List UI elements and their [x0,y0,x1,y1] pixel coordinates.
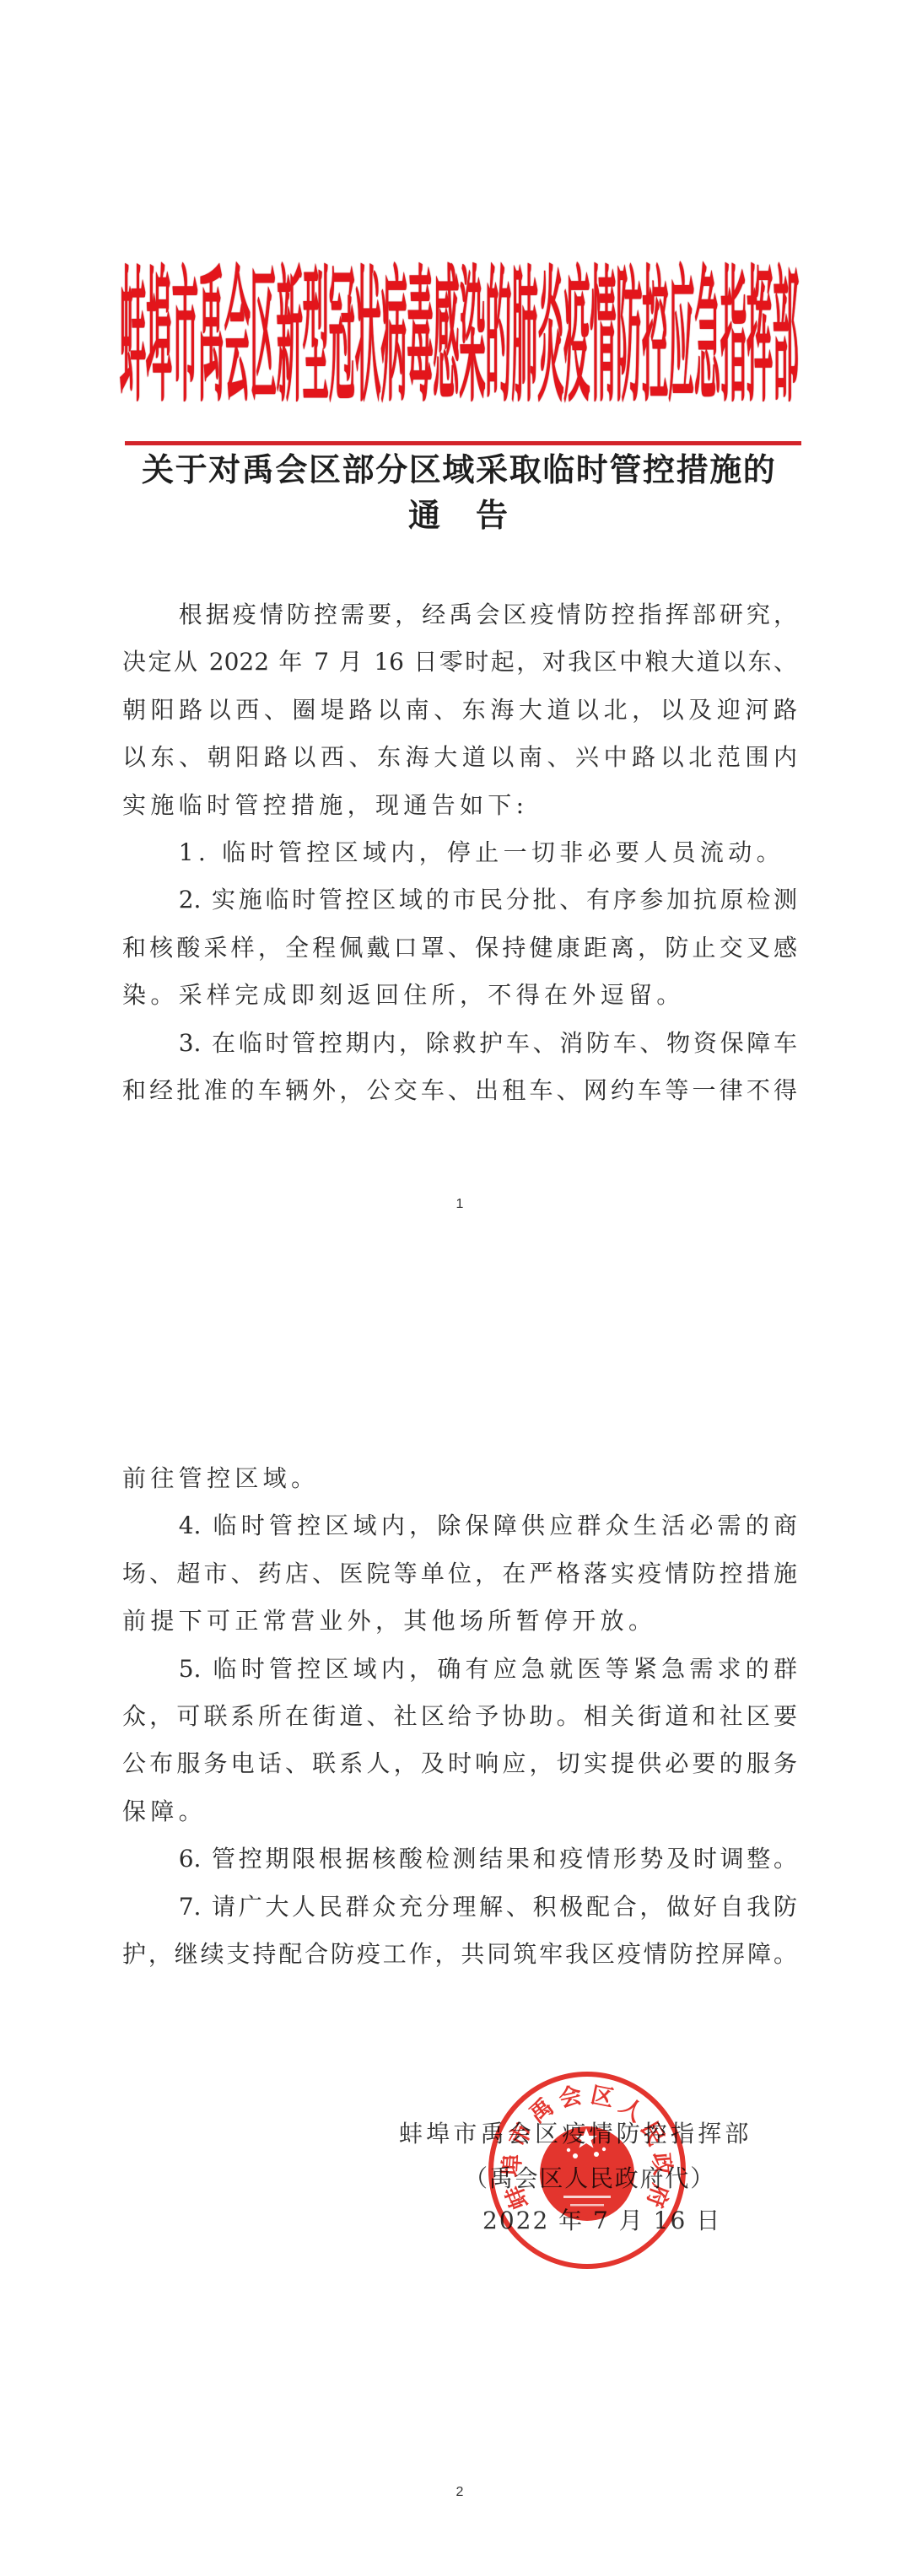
body-line: 朝阳路以西、圈堤路以南、东海大道以北，以及迎河路 [122,687,797,734]
body-line: 根据疫情防控需要，经禹会区疫情防控指挥部研究， [122,591,797,639]
list-item-5: 5. 临时管控区域内，确有应急就医等紧急需求的群 [122,1646,797,1693]
body-line: 和经批准的车辆外，公交车、出租车、网约车等一律不得 [122,1067,797,1114]
list-item-4: 4. 临时管控区域内，除保障供应群众生活必需的商 [122,1502,797,1549]
body-line: 保障。 [122,1788,797,1835]
body-line: 场、超市、药店、医院等单位，在严格落实疫情防控措施 [122,1550,797,1598]
official-seal-stamp: 蚌埠市禹会区人民政府 [486,2069,688,2272]
page-2-body: 前往管控区域。 4. 临时管控区域内，除保障供应群众生活必需的商 场、超市、药店… [122,1455,797,1978]
notice-label: 通 告 [408,495,509,536]
body-line: 和核酸采样，全程佩戴口罩、保持健康距离，防止交叉感 [122,924,797,972]
list-item-2: 2. 实施临时管控区域的市民分批、有序参加抗原检测 [122,876,797,924]
page-1-body: 根据疫情防控需要，经禹会区疫情防控指挥部研究， 决定从 2022 年 7 月 1… [122,591,797,1114]
masthead-title-text: 蚌埠市禹会区新型冠状病毒感染的肺炎疫情防控应急指挥部 [120,267,799,413]
body-line: 前往管控区域。 [122,1455,797,1502]
body-line: 护，继续支持配合防疫工作，共同筑牢我区疫情防控屏障。 [122,1931,797,1978]
page-number-1: 1 [443,1196,477,1213]
document-subtitle: 关于对禹会区部分区域采取临时管控措施的 [142,450,783,490]
body-line: 染。采样完成即刻返回住所，不得在外逗留。 [122,972,797,1019]
body-line: 众，可联系所在街道、社区给予协助。相关街道和社区要 [122,1693,797,1740]
national-emblem-icon [540,2126,634,2221]
list-item-7: 7. 请广大人民群众充分理解、积极配合，做好自我防 [122,1883,797,1931]
body-line: 决定从 2022 年 7 月 16 日零时起，对我区中粮大道以东、 [122,639,797,686]
list-item-3: 3. 在临时管控期内，除救护车、消防车、物资保障车 [122,1020,797,1067]
body-line: 实施临时管控措施，现通告如下: [122,782,797,829]
page-number-2: 2 [443,2484,477,2501]
red-divider-rule [125,441,801,445]
masthead-title: 蚌埠市禹会区新型冠状病毒感染的肺炎疫情防控应急指挥部 [120,267,799,410]
body-line: 以东、朝阳路以西、东海大道以南、兴中路以北范围内 [122,734,797,781]
body-line: 公布服务电话、联系人，及时响应，切实提供必要的服务 [122,1740,797,1787]
list-item-1: 1. 临时管控区域内，停止一切非必要人员流动。 [122,829,797,876]
list-item-6: 6. 管控期限根据核酸检测结果和疫情形势及时调整。 [122,1835,797,1883]
body-line: 前提下可正常营业外，其他场所暂停开放。 [122,1598,797,1645]
